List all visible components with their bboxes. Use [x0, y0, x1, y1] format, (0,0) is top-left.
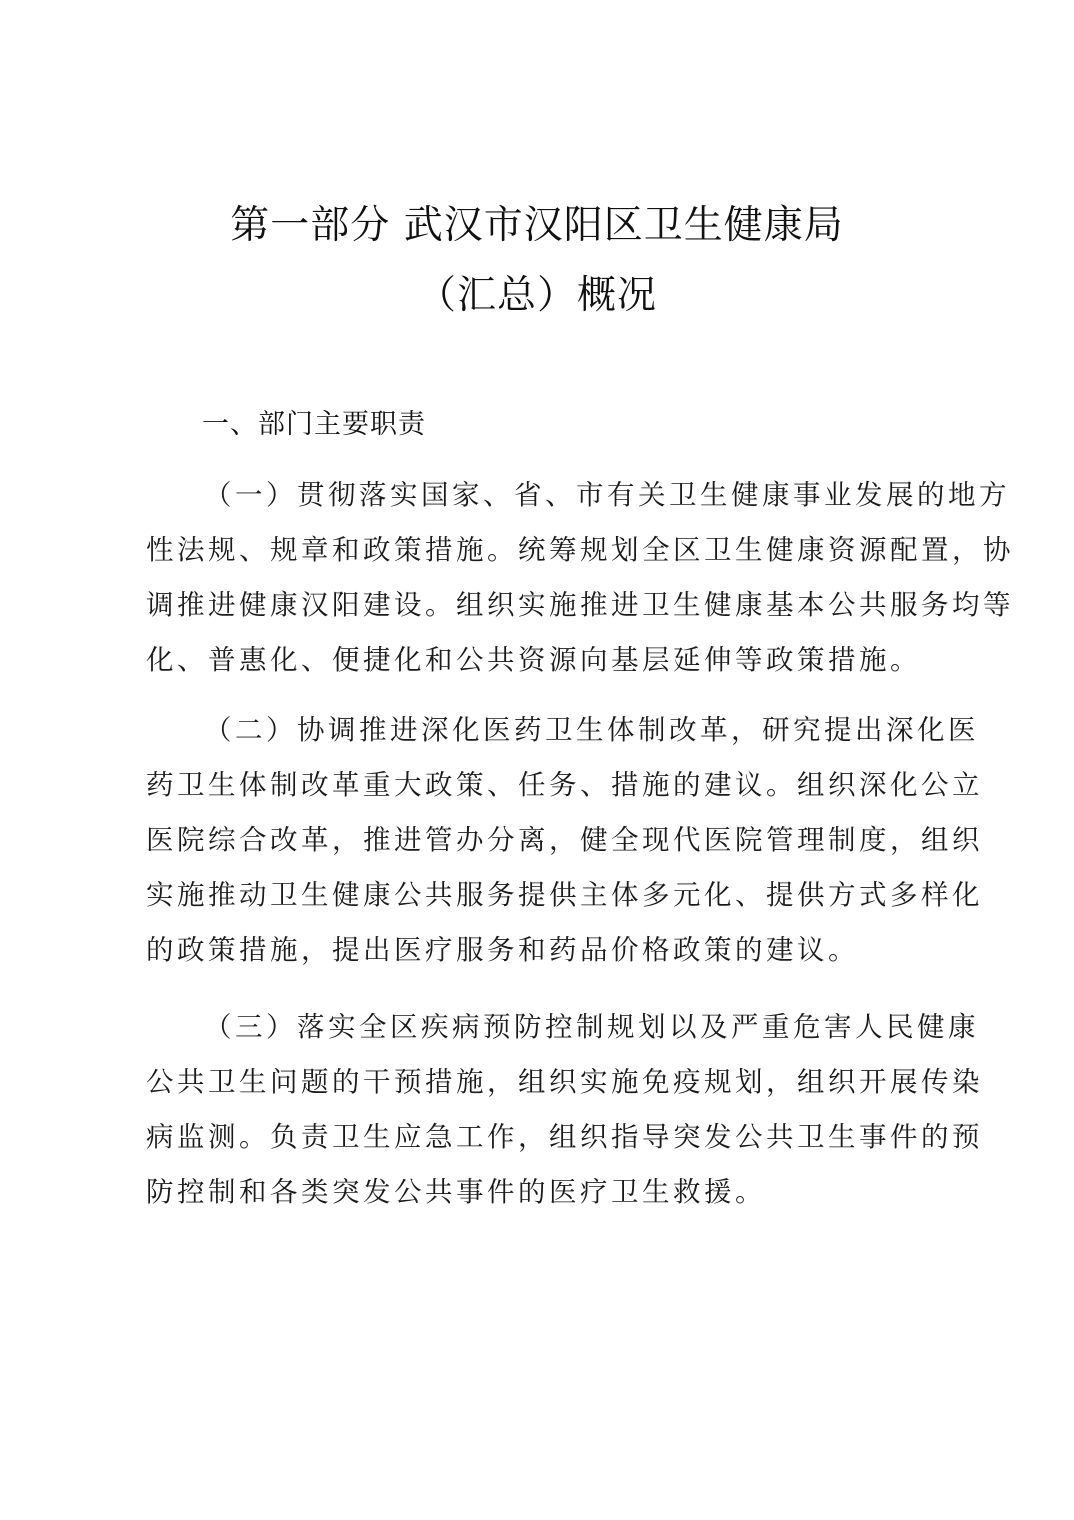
page-title-line-1: 第一部分 武汉市汉阳区卫生健康局 — [0, 194, 1074, 250]
paragraph-1: （一）贯彻落实国家、省、市有关卫生健康事业发展的地方 性法规、规章和政策措施。统… — [146, 468, 936, 688]
paragraph-2: （二）协调推进深化医药卫生体制改革，研究提出深化医 药卫生体制改革重大政策、任务… — [146, 703, 936, 978]
document-page: 第一部分 武汉市汉阳区卫生健康局 （汇总）概况 一、部门主要职责 （一）贯彻落实… — [0, 0, 1074, 1520]
paragraph-line: 性法规、规章和政策措施。统筹规划全区卫生健康资源配置，协 — [146, 523, 936, 578]
page-title-line-2: （汇总）概况 — [0, 264, 1074, 320]
paragraph-line: 化、普惠化、便捷化和公共资源向基层延伸等政策措施。 — [146, 633, 936, 688]
paragraph-line: 实施推动卫生健康公共服务提供主体多元化、提供方式多样化 — [146, 868, 936, 923]
paragraph-line: 调推进健康汉阳建设。组织实施推进卫生健康基本公共服务均等 — [146, 578, 936, 633]
paragraph-line: （一）贯彻落实国家、省、市有关卫生健康事业发展的地方 — [146, 468, 936, 523]
paragraph-line: 公共卫生问题的干预措施，组织实施免疫规划，组织开展传染 — [146, 1055, 936, 1110]
paragraph-line: 病监测。负责卫生应急工作，组织指导突发公共卫生事件的预 — [146, 1110, 936, 1165]
paragraph-line: 医院综合改革，推进管办分离，健全现代医院管理制度，组织 — [146, 813, 936, 868]
paragraph-line: （三）落实全区疾病预防控制规划以及严重危害人民健康 — [146, 1000, 936, 1055]
paragraph-line: （二）协调推进深化医药卫生体制改革，研究提出深化医 — [146, 703, 936, 758]
paragraph-line: 药卫生体制改革重大政策、任务、措施的建议。组织深化公立 — [146, 758, 936, 813]
paragraph-line: 防控制和各类突发公共事件的医疗卫生救援。 — [146, 1165, 936, 1220]
section-heading: 一、部门主要职责 — [202, 402, 426, 441]
paragraph-3: （三）落实全区疾病预防控制规划以及严重危害人民健康 公共卫生问题的干预措施，组织… — [146, 1000, 936, 1220]
paragraph-line: 的政策措施，提出医疗服务和药品价格政策的建议。 — [146, 923, 936, 978]
